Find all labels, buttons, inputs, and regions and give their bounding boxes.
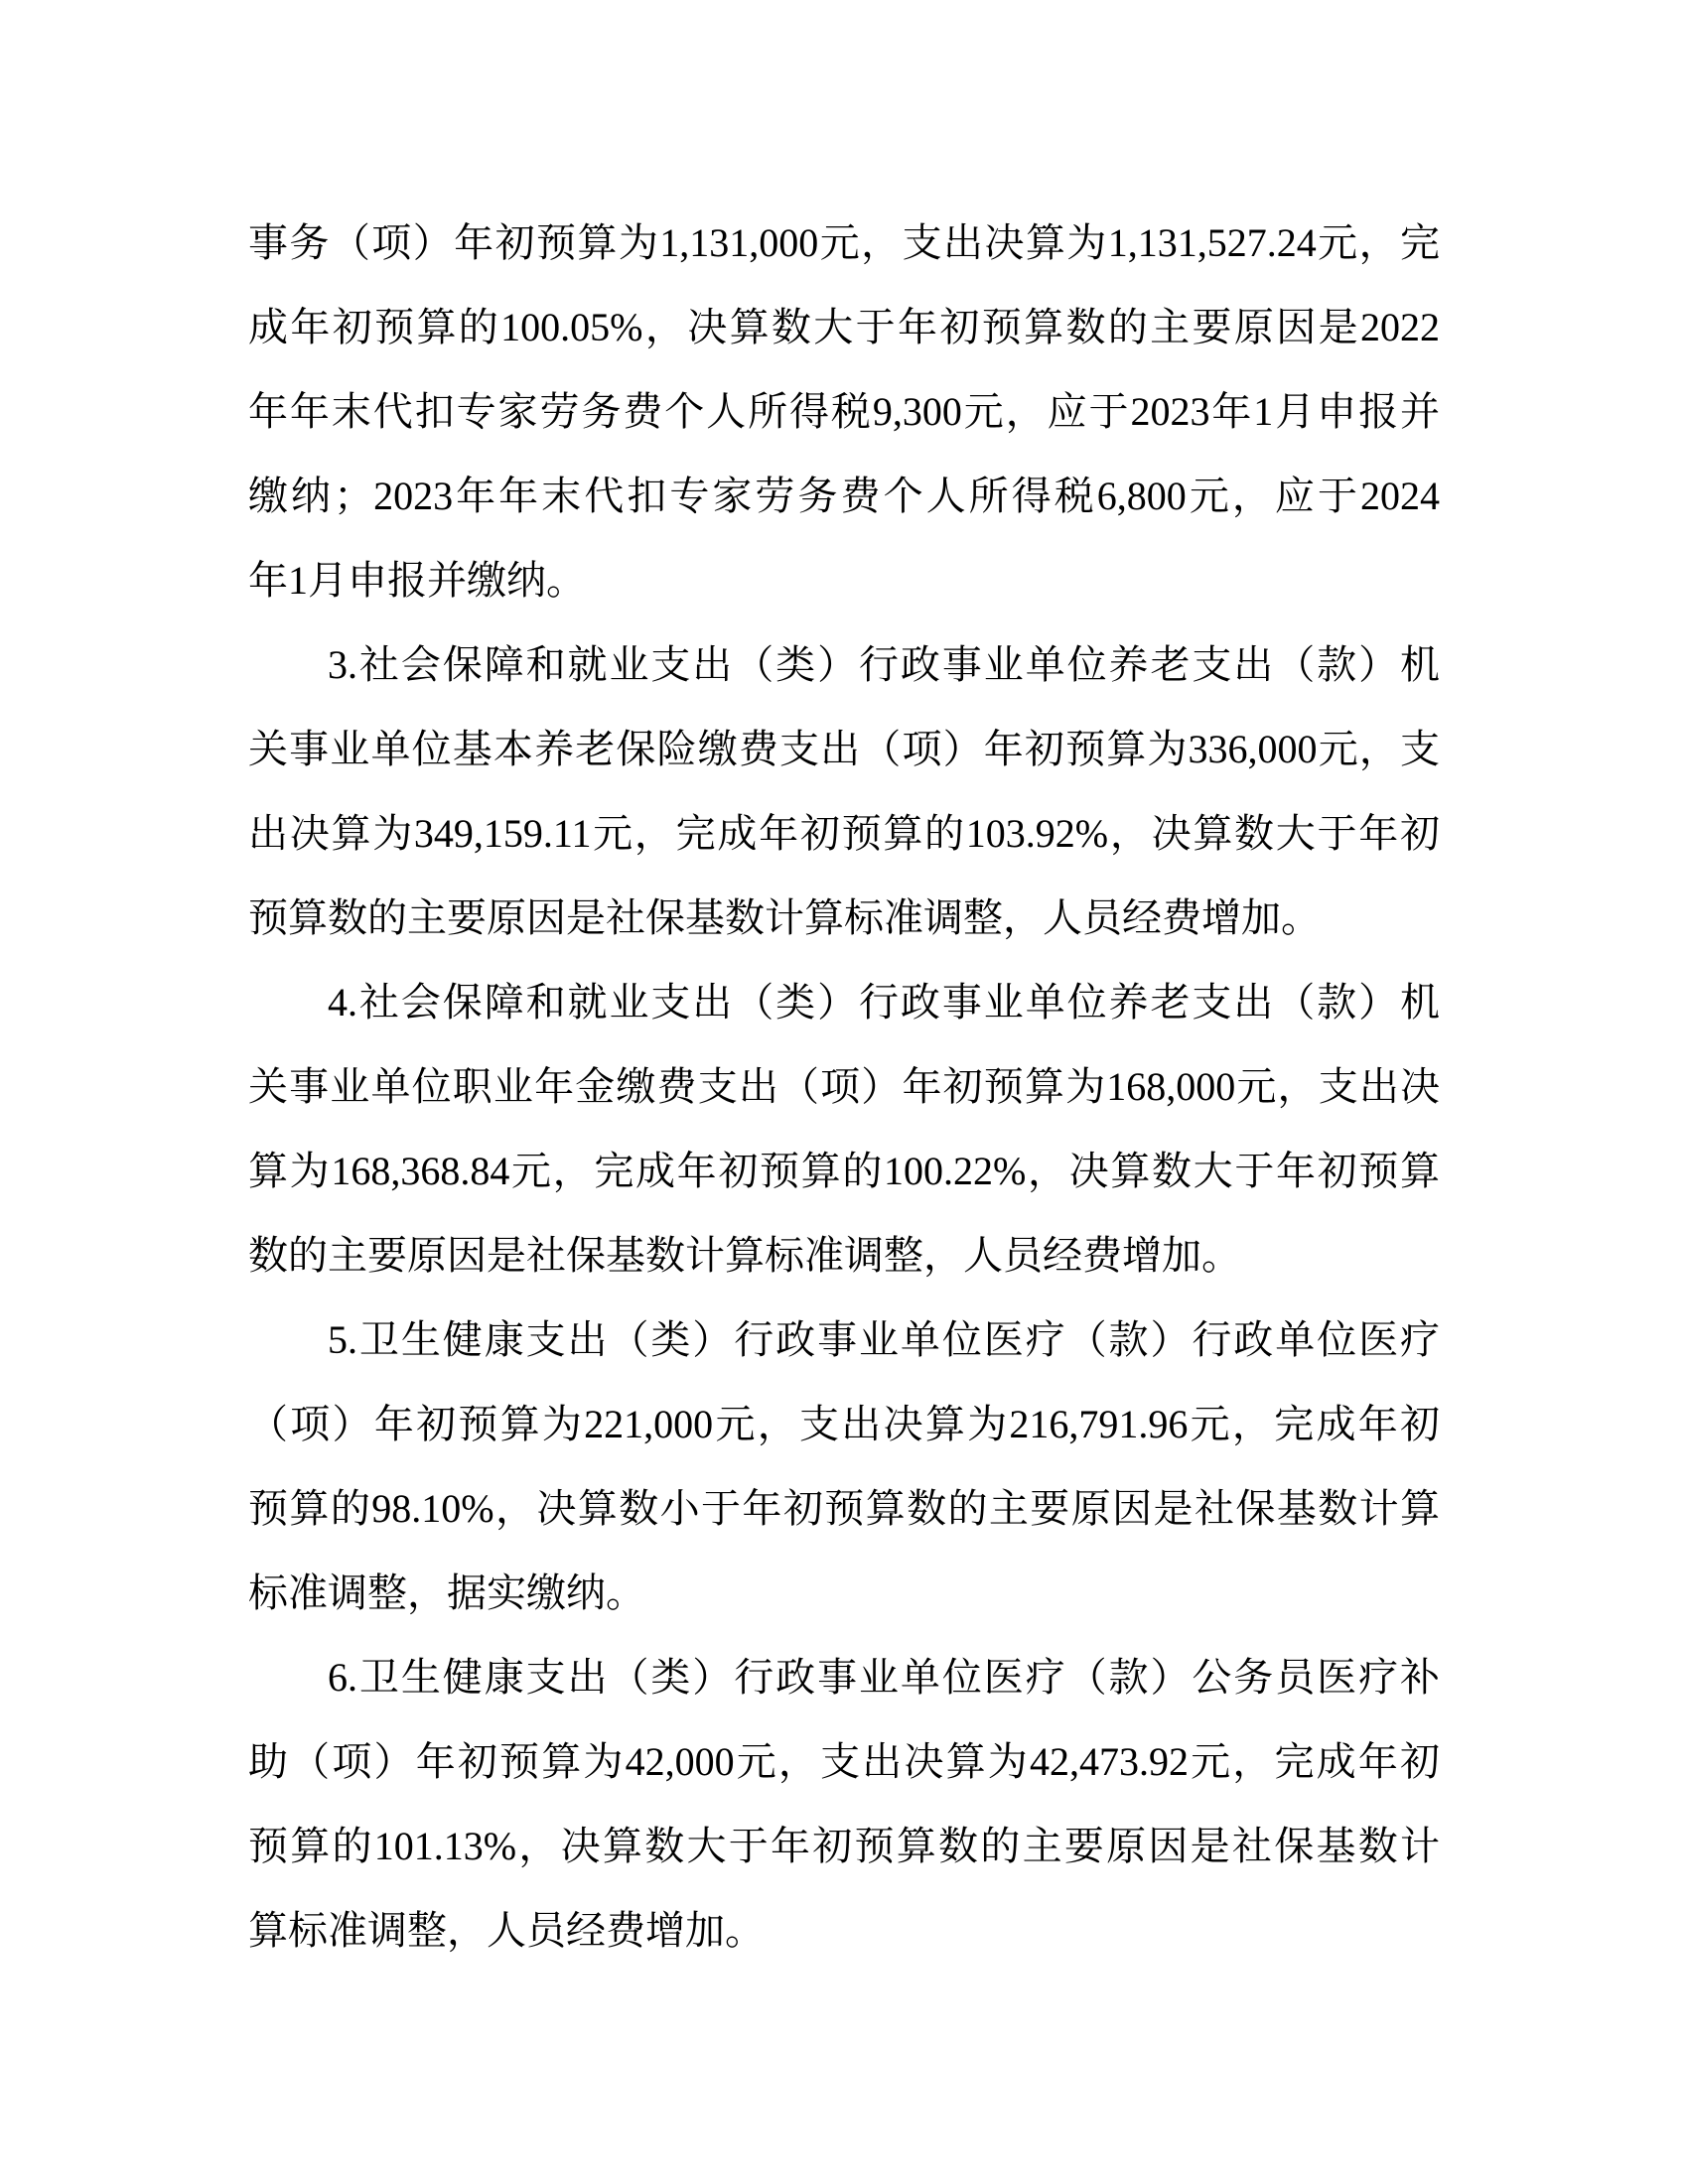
text-line: 事务（项）年初预算为1,131,000元，支出决算为1,131,527.24元，… [248, 201, 1440, 285]
text-line: 缴纳；2023年年末代扣专家劳务费个人所得税6,800元，应于2024 [248, 454, 1440, 538]
document-page: 事务（项）年初预算为1,131,000元，支出决算为1,131,527.24元，… [0, 0, 1688, 2184]
text-line: 预算数的主要原因是社保基数计算标准调整，人员经费增加。 [248, 876, 1440, 960]
text-line: 3.社会保障和就业支出（类）行政事业单位养老支出（款）机 [248, 622, 1440, 707]
text-line: 算标准调整，人员经费增加。 [248, 1888, 1440, 1973]
text-line: 成年初预算的100.05%，决算数大于年初预算数的主要原因是2022 [248, 285, 1440, 369]
text-line: 助（项）年初预算为42,000元，支出决算为42,473.92元，完成年初 [248, 1719, 1440, 1804]
text-line: 关事业单位职业年金缴费支出（项）年初预算为168,000元，支出决 [248, 1044, 1440, 1129]
text-line: （项）年初预算为221,000元，支出决算为216,791.96元，完成年初 [248, 1382, 1440, 1466]
text-line: 预算的101.13%，决算数大于年初预算数的主要原因是社保基数计 [248, 1804, 1440, 1888]
text-line: 预算的98.10%，决算数小于年初预算数的主要原因是社保基数计算 [248, 1466, 1440, 1551]
document-body-text: 事务（项）年初预算为1,131,000元，支出决算为1,131,527.24元，… [248, 201, 1440, 1973]
text-line: 4.社会保障和就业支出（类）行政事业单位养老支出（款）机 [248, 960, 1440, 1044]
text-line: 年1月申报并缴纳。 [248, 538, 1440, 622]
text-line: 6.卫生健康支出（类）行政事业单位医疗（款）公务员医疗补 [248, 1635, 1440, 1719]
text-line: 标准调整，据实缴纳。 [248, 1551, 1440, 1635]
text-line: 数的主要原因是社保基数计算标准调整，人员经费增加。 [248, 1213, 1440, 1297]
text-line: 年年末代扣专家劳务费个人所得税9,300元，应于2023年1月申报并 [248, 369, 1440, 454]
text-line: 5.卫生健康支出（类）行政事业单位医疗（款）行政单位医疗 [248, 1297, 1440, 1382]
text-line: 算为168,368.84元，完成年初预算的100.22%，决算数大于年初预算 [248, 1129, 1440, 1213]
text-line: 关事业单位基本养老保险缴费支出（项）年初预算为336,000元，支 [248, 707, 1440, 791]
text-line: 出决算为349,159.11元，完成年初预算的103.92%，决算数大于年初 [248, 791, 1440, 876]
